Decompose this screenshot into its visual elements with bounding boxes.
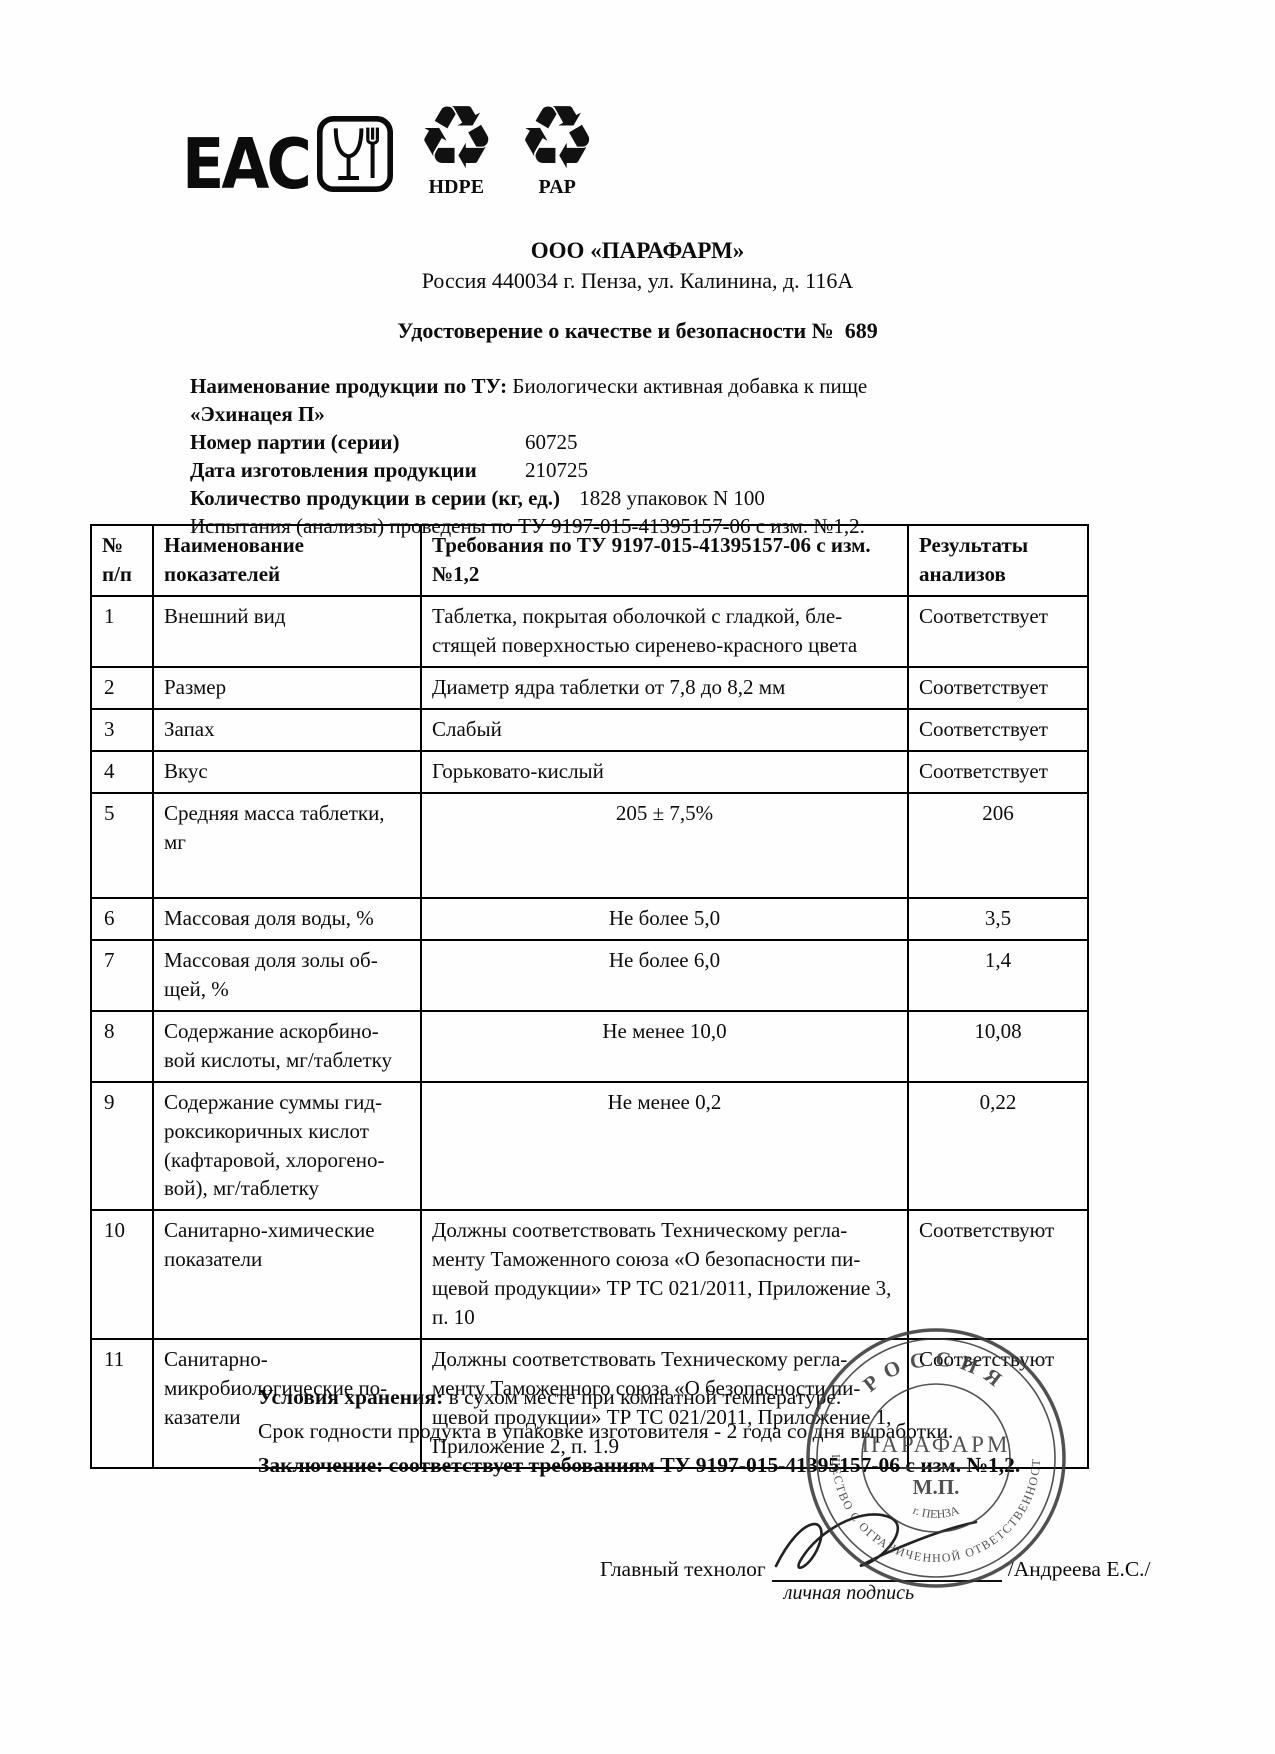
cell-res: Соответствует — [908, 667, 1088, 709]
cell-name: Внешний вид — [153, 596, 421, 667]
cell-num: 9 — [91, 1082, 153, 1211]
cell-req: Не более 5,0 — [421, 898, 908, 940]
cell-name: Размер — [153, 667, 421, 709]
product-name-line2: «Эхинацея П» — [190, 400, 1140, 428]
storage-label: Условия хранения: — [258, 1385, 443, 1409]
table-row: 9 Содержание суммы гид-роксикоричных кис… — [91, 1082, 1088, 1211]
eac-mark-icon: EAC — [182, 129, 309, 198]
product-name-line: Наименование продукции по ТУ: Биологичес… — [190, 372, 1140, 400]
cell-res: 3,5 — [908, 898, 1088, 940]
cell-num: 6 — [91, 898, 153, 940]
cell-name: Санитарно-химические показатели — [153, 1210, 421, 1339]
svg-text:РОССИЯ: РОССИЯ — [858, 1346, 1013, 1396]
cell-num: 8 — [91, 1011, 153, 1082]
cell-num: 10 — [91, 1210, 153, 1339]
cell-res: Соответствует — [908, 709, 1088, 751]
cell-req: Не менее 0,2 — [421, 1082, 908, 1211]
table-row: 1 Внешний вид Таблетка, покрытая оболочк… — [91, 596, 1088, 667]
quantity-label: Количество продукции в серии (кг, ед.) — [190, 486, 560, 510]
cell-name: Массовая доля золы об-щей, % — [153, 940, 421, 1011]
cell-name: Вкус — [153, 751, 421, 793]
table-row: 3 Запах Слабый Соответствует — [91, 709, 1088, 751]
batch-label: Номер партии (серии) — [190, 428, 525, 456]
cell-num: 7 — [91, 940, 153, 1011]
document-title: Удостоверение о качестве и безопасности … — [0, 318, 1275, 344]
recycle-hdpe: ♻ HDPE — [417, 96, 496, 199]
company-header: ООО «ПАРАФАРМ» Россия 440034 г. Пенза, у… — [0, 238, 1275, 294]
cell-req: Должны соответствовать Техническому регл… — [421, 1210, 908, 1339]
cell-num: 2 — [91, 667, 153, 709]
cell-req: 205 ± 7,5% — [421, 793, 908, 898]
cell-req: Горьковато-кислый — [421, 751, 908, 793]
product-name-value2: «Эхинацея П» — [190, 402, 325, 426]
stamp-city: г. ПЕНЗА — [911, 1503, 961, 1521]
cell-req: Не менее 10,0 — [421, 1011, 908, 1082]
recycle-pap-label: PAP — [538, 176, 575, 199]
mfg-date-line: Дата изготовления продукции 210725 — [190, 456, 1140, 484]
cell-name: Содержание аскорбино-вой кислоты, мг/таб… — [153, 1011, 421, 1082]
cell-name: Массовая доля воды, % — [153, 898, 421, 940]
header-res: Результаты анализов — [908, 525, 1088, 596]
table-row: 6 Массовая доля воды, % Не более 5,0 3,5 — [91, 898, 1088, 940]
cell-res: 206 — [908, 793, 1088, 898]
table-row: 4 Вкус Горьковато-кислый Соответствует — [91, 751, 1088, 793]
recycle-pap: ♻ PAP — [518, 96, 597, 199]
cell-res: Соответствует — [908, 751, 1088, 793]
recycle-pap-icon: ♻ — [518, 96, 597, 180]
cell-req: Таблетка, покрытая оболочкой с гладкой, … — [421, 596, 908, 667]
recycle-hdpe-icon: ♻ — [417, 96, 496, 180]
table-row: 10 Санитарно-химические показатели Должн… — [91, 1210, 1088, 1339]
company-name: ООО «ПАРАФАРМ» — [0, 238, 1275, 264]
quantity-value: 1828 упаковок N 100 — [579, 486, 765, 510]
logo-row: EAC ♻ HDPE ♻ PAP — [182, 96, 597, 199]
cell-num: 4 — [91, 751, 153, 793]
company-stamp: РОССИЯ ОБЩЕСТВО С ОГРАНИЧЕННОЙ ОТВЕТСТВЕ… — [800, 1322, 1072, 1594]
header-req: Требования по ТУ 9197-015-41395157-06 с … — [421, 525, 908, 596]
cell-req: Не более 6,0 — [421, 940, 908, 1011]
storage-value: в сухом месте при комнатной температуре. — [443, 1385, 841, 1409]
cell-res: 10,08 — [908, 1011, 1088, 1082]
cell-res: 1,4 — [908, 940, 1088, 1011]
food-safe-glass-fork-icon — [315, 114, 395, 199]
table-row: 8 Содержание аскорбино-вой кислоты, мг/т… — [91, 1011, 1088, 1082]
batch-line: Номер партии (серии) 60725 — [190, 428, 1140, 456]
cell-num: 11 — [91, 1339, 153, 1468]
table-row: 7 Массовая доля золы об-щей, % Не более … — [91, 940, 1088, 1011]
header-name: Наименование показателей — [153, 525, 421, 596]
cell-req: Диаметр ядра таблетки от 7,8 до 8,2 мм — [421, 667, 908, 709]
table-row: 2 Размер Диаметр ядра таблетки от 7,8 до… — [91, 667, 1088, 709]
stamp-org-name: ПАРАФАРМ — [862, 1432, 1011, 1457]
cell-req: Слабый — [421, 709, 908, 751]
recycle-hdpe-label: HDPE — [429, 176, 485, 199]
company-address: Россия 440034 г. Пенза, ул. Калинина, д.… — [0, 268, 1275, 294]
quantity-line: Количество продукции в серии (кг, ед.) 1… — [190, 484, 1140, 512]
cell-num: 3 — [91, 709, 153, 751]
cell-name: Запах — [153, 709, 421, 751]
svg-text:г. ПЕНЗА: г. ПЕНЗА — [911, 1503, 961, 1521]
table-header-row: № п/п Наименование показателей Требовани… — [91, 525, 1088, 596]
product-info: Наименование продукции по ТУ: Биологичес… — [190, 372, 1140, 540]
cell-res: Соответствует — [908, 596, 1088, 667]
certificate-page: EAC ♻ HDPE ♻ PAP ООО «ПАРАФАРМ» Р — [0, 0, 1275, 1754]
stamp-country: РОССИЯ — [858, 1346, 1013, 1396]
product-name-value: Биологически активная добавка к пище — [507, 374, 867, 398]
cell-res: Соответствуют — [908, 1210, 1088, 1339]
cell-name: Содержание суммы гид-роксикоричных кисло… — [153, 1082, 421, 1211]
mfg-date-value: 210725 — [525, 456, 588, 484]
cell-name: Средняя масса таблетки, мг — [153, 793, 421, 898]
product-name-label: Наименование продукции по ТУ: — [190, 374, 507, 398]
header-num: № п/п — [91, 525, 153, 596]
table-row: 5 Средняя масса таблетки, мг 205 ± 7,5% … — [91, 793, 1088, 898]
cell-num: 5 — [91, 793, 153, 898]
stamp-mp: М.П. — [913, 1475, 960, 1499]
signature-role-label: Главный технолог — [600, 1557, 766, 1582]
batch-value: 60725 — [525, 428, 578, 456]
cell-res: 0,22 — [908, 1082, 1088, 1211]
cell-num: 1 — [91, 596, 153, 667]
mfg-date-label: Дата изготовления продукции — [190, 456, 525, 484]
